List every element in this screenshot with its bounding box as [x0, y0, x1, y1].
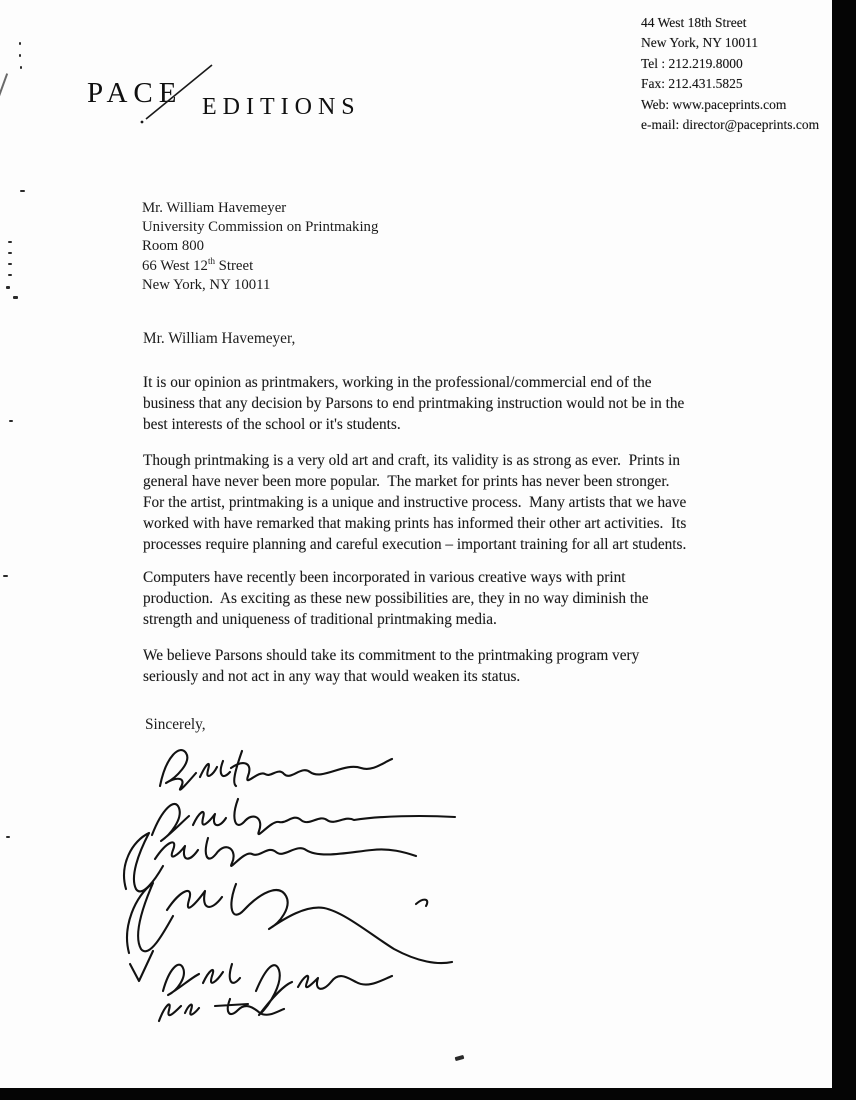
contact-email: e-mail: director@paceprints.com	[641, 115, 819, 135]
recipient-name: Mr. William Havemeyer	[142, 199, 378, 218]
contact-street: 44 West 18th Street	[641, 13, 819, 33]
scan-noise-dash	[3, 575, 8, 577]
scan-noise-dash	[13, 296, 18, 299]
paragraph-1: It is our opinion as printmakers, workin…	[143, 372, 684, 435]
paragraph-line: production. As exciting as these new pos…	[143, 588, 649, 609]
logo-word-pace: PACE	[87, 77, 182, 109]
paragraph-line: processes require planning and careful e…	[143, 534, 686, 555]
street-number: 66 West 12	[142, 258, 208, 274]
signature-kathy-kuehn	[124, 833, 416, 891]
scan-noise-dash	[9, 420, 13, 422]
paragraph-line: best interests of the school or it's stu…	[143, 414, 684, 435]
signature-bill-hall	[160, 750, 392, 790]
paragraph-line: Though printmaking is a very old art and…	[143, 450, 686, 471]
scan-noise-dash	[8, 241, 12, 243]
signature-block	[118, 738, 548, 1038]
paragraph-2: Though printmaking is a very old art and…	[143, 450, 686, 555]
contact-tel: Tel : 212.219.8000	[641, 54, 819, 74]
scan-noise-dash	[8, 263, 12, 265]
paragraph-line: business that any decision by Parsons to…	[143, 393, 684, 414]
salutation: Mr. William Havemeyer,	[143, 330, 295, 348]
recipient-street: 66 West 12th Street	[142, 257, 378, 276]
contact-fax: Fax: 212.431.5825	[641, 74, 819, 94]
paragraph-line: strength and uniqueness of traditional p…	[143, 609, 649, 630]
paragraph-line: It is our opinion as printmakers, workin…	[143, 372, 684, 393]
scan-noise-mark	[455, 1055, 465, 1061]
scan-noise-dash	[20, 190, 25, 192]
paragraph-3: Computers have recently been incorporate…	[143, 567, 649, 630]
paragraph-line: general have never been more popular. Th…	[143, 471, 686, 492]
scan-noise-dot	[19, 54, 21, 57]
recipient-city: New York, NY 10011	[142, 276, 378, 295]
scan-artifact-diagonal	[0, 73, 8, 119]
contact-web: Web: www.paceprints.com	[641, 95, 819, 115]
scan-noise-dot	[20, 66, 22, 69]
scan-noise-dot	[19, 42, 21, 45]
signature-illegible	[127, 883, 452, 963]
paragraph-line: seriously and not act in any way that wo…	[143, 666, 639, 687]
letterhead-contact-block: 44 West 18th Street New York, NY 10011 T…	[641, 13, 819, 135]
scan-noise-dash	[6, 286, 10, 289]
signature-julia-damario	[152, 799, 455, 841]
paragraph-line: For the artist, printmaking is a unique …	[143, 492, 686, 513]
street-word: Street	[215, 258, 253, 274]
paragraph-line: Computers have recently been incorporate…	[143, 567, 649, 588]
scan-edge-bottom	[0, 1088, 856, 1100]
logo-word-editions: EDITIONS	[202, 94, 361, 120]
paragraph-line: We believe Parsons should take its commi…	[143, 645, 639, 666]
recipient-address-block: Mr. William Havemeyer University Commiss…	[142, 199, 378, 295]
paragraph-line: worked with have remarked that making pr…	[143, 513, 686, 534]
pace-editions-logo: PACE EDITIONS	[85, 58, 385, 130]
scan-edge-right	[832, 0, 856, 1100]
scanned-letter-page: PACE EDITIONS 44 West 18th Street New Yo…	[0, 0, 856, 1100]
contact-city: New York, NY 10011	[641, 33, 819, 53]
scan-noise-dash	[8, 252, 12, 254]
logo-slash-dot	[141, 121, 144, 124]
recipient-room: Room 800	[142, 237, 378, 256]
paragraph-4: We believe Parsons should take its commi…	[143, 645, 639, 687]
closing: Sincerely,	[145, 716, 206, 734]
scan-noise-dash	[8, 274, 12, 276]
recipient-org: University Commission on Printmaking	[142, 218, 378, 237]
street-ordinal-suffix: th	[208, 256, 215, 266]
scan-noise-dash	[6, 836, 10, 838]
